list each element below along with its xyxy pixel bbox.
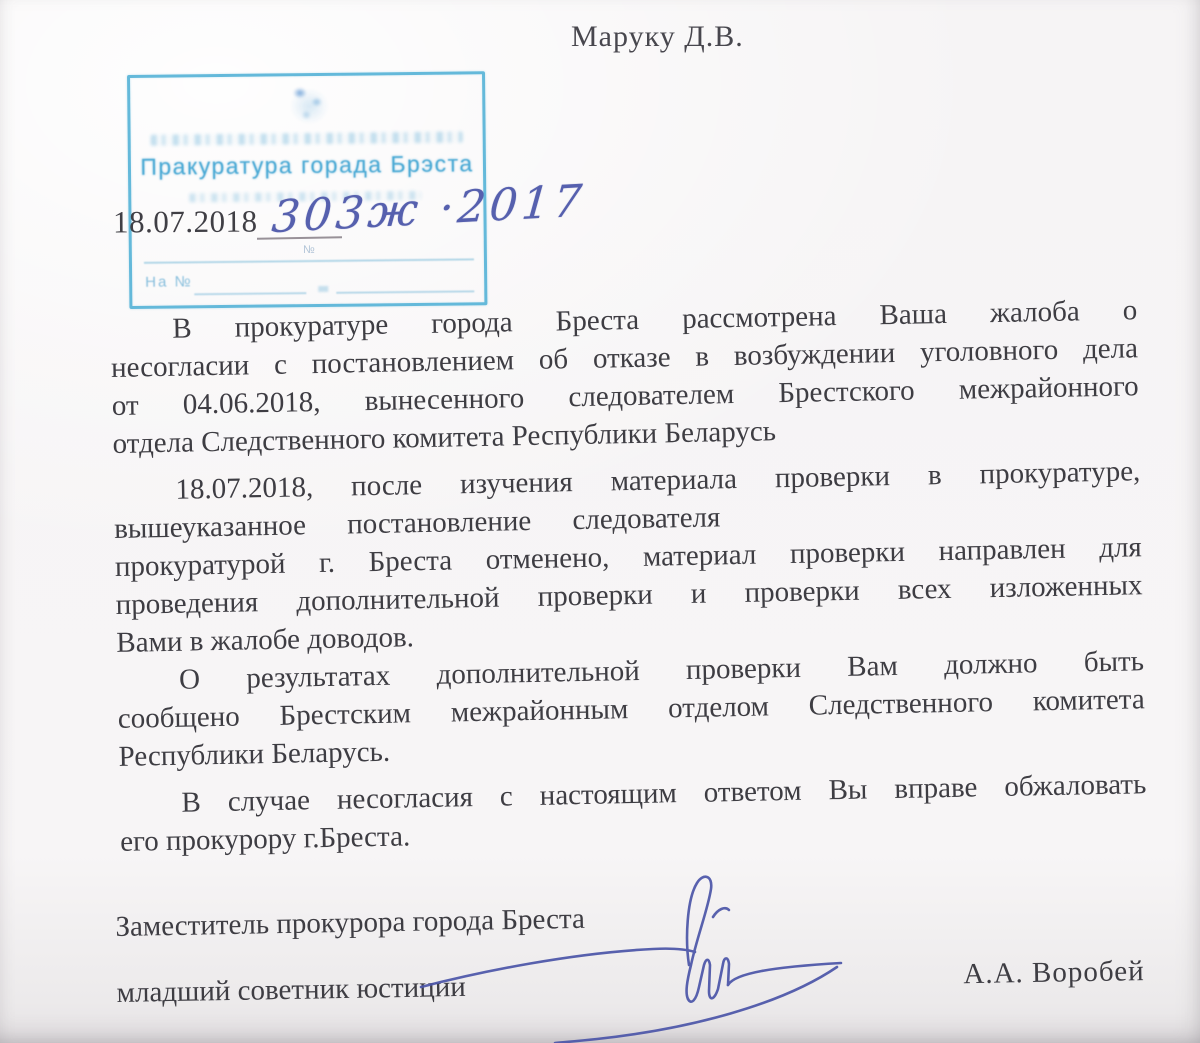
paragraph: прокуратурой г. Бреста отменено, материа… bbox=[115, 528, 1144, 662]
stamp-blank-line-tick bbox=[318, 286, 328, 292]
stamp-blank-line bbox=[336, 290, 474, 293]
paragraph: В случае несогласия с настоящим ответом … bbox=[119, 765, 1147, 861]
handwritten-signature bbox=[413, 853, 845, 1043]
stamp-na-no-label: На № bbox=[145, 273, 193, 290]
stamp-org-name: Пракуратура горада Брэста bbox=[131, 150, 483, 181]
stamp-number-symbol: № bbox=[303, 244, 315, 256]
paragraph: В прокуратуре города Бреста рассмотрена … bbox=[110, 291, 1140, 463]
signer-name: А.А. Воробей bbox=[963, 955, 1145, 991]
recipient-name: Маруку Д.В. bbox=[571, 20, 744, 54]
received-date: 18.07.2018 bbox=[113, 203, 258, 240]
scanned-letter-page: Маруку Д.В. Пракуратура горада Брэста На… bbox=[0, 0, 1200, 1043]
coat-of-arms-icon bbox=[278, 80, 341, 139]
stamp-divider-line bbox=[144, 258, 474, 263]
letter-body: В прокуратуре города Бреста рассмотрена … bbox=[110, 291, 1147, 861]
stamp-smudged-header-line bbox=[151, 131, 463, 145]
stamp-blank-line bbox=[194, 292, 306, 295]
paragraph: О результатах дополнительной проверки Ва… bbox=[117, 642, 1146, 776]
